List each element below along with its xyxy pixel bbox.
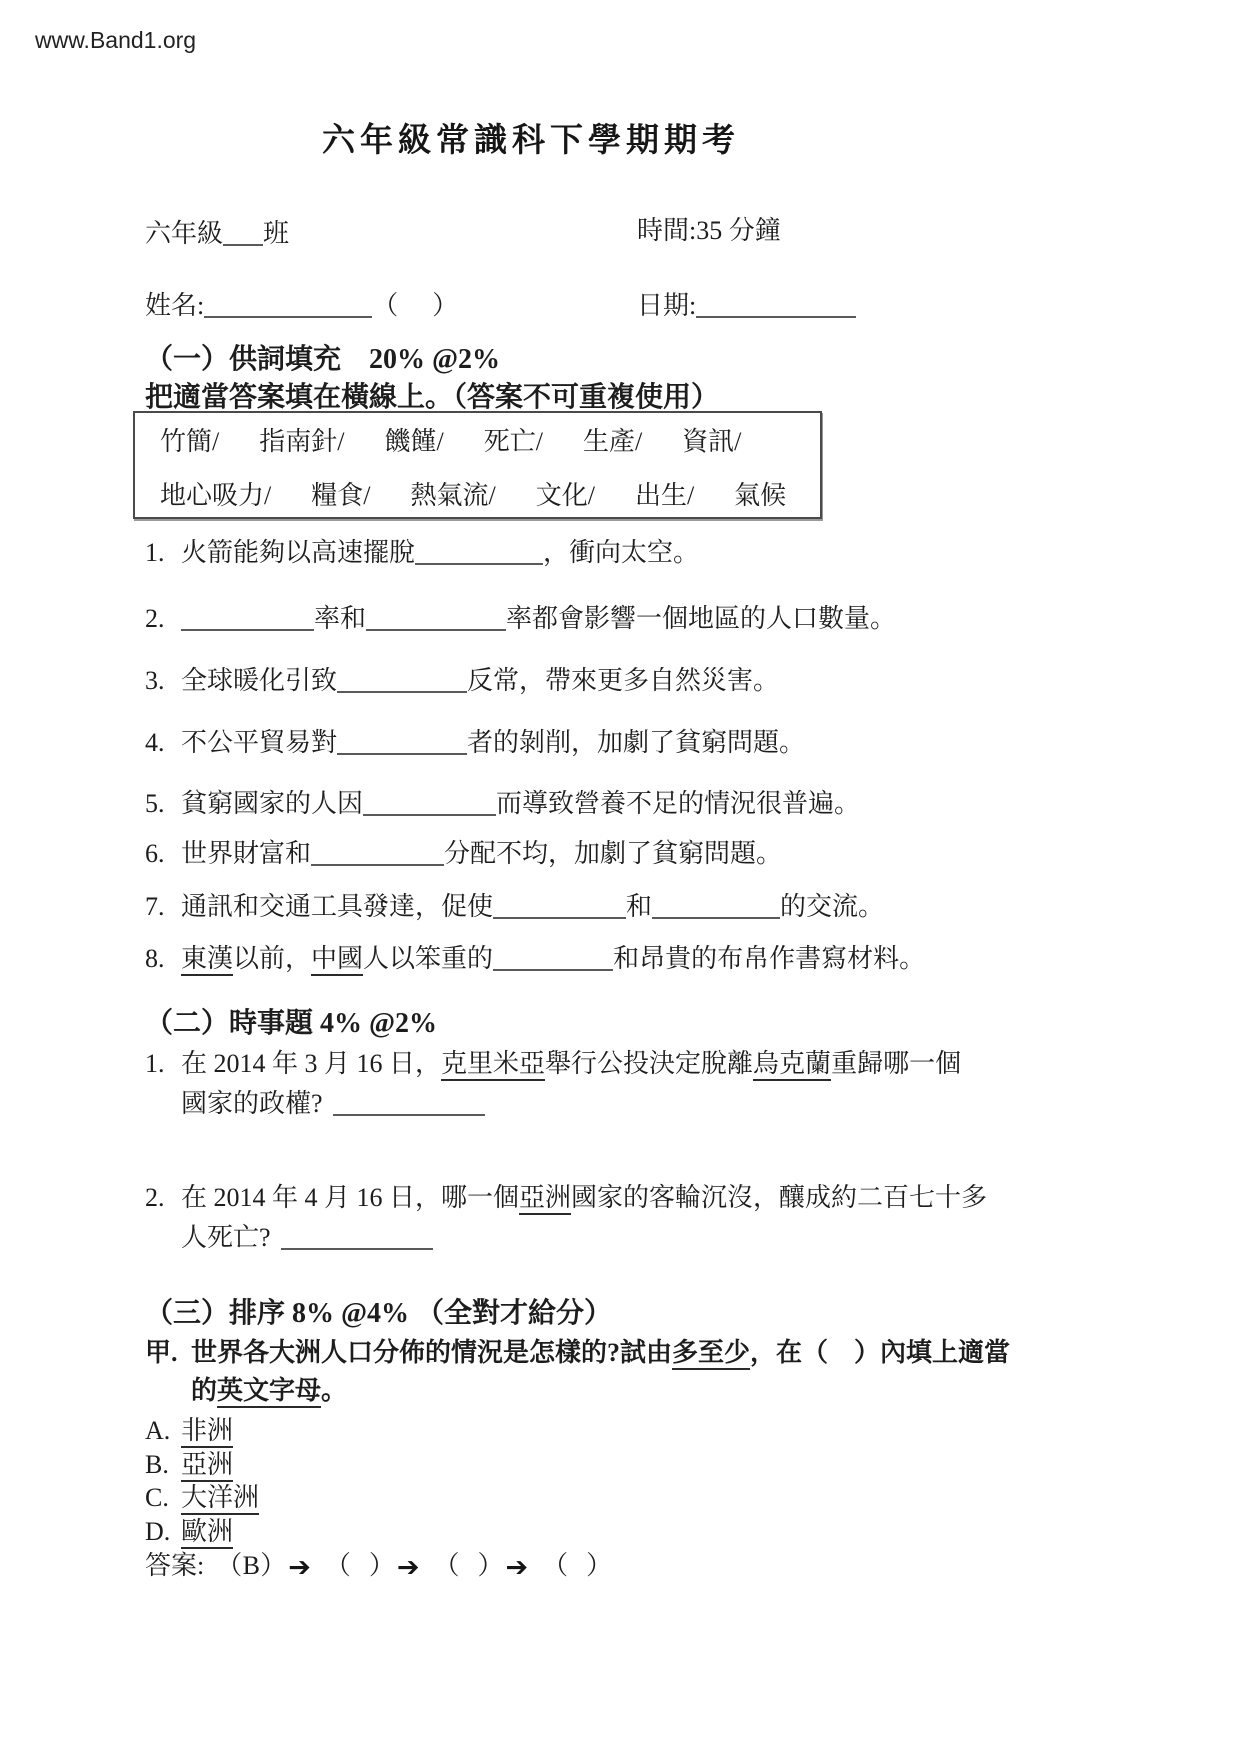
question-text: 貧窮國家的人因 — [181, 789, 363, 818]
option-text: 大洋洲 — [181, 1483, 259, 1515]
option-label: A. — [145, 1414, 181, 1448]
question-text: 重歸哪一個 — [831, 1049, 961, 1078]
s2-question-2-line2: 人死亡? — [181, 1218, 433, 1255]
s1-question-7: 7.通訊和交通工具發達，促使和的交流。 — [145, 887, 884, 924]
answer-slot-1: （B） — [216, 1549, 274, 1583]
question-text: 以前， — [233, 944, 311, 973]
option-label: C. — [145, 1481, 181, 1515]
question-number: 7. — [145, 890, 181, 924]
s1-question-2: 2.率和率都會影響一個地區的人口數量。 — [145, 599, 896, 636]
s1-question-5: 5.貧窮國家的人因而導致營養不足的情況很普遍。 — [145, 784, 860, 821]
paren-open: （ — [216, 1549, 242, 1583]
word-bank-item: 指南針/ — [259, 425, 344, 459]
name-paren-close: ） — [432, 291, 458, 320]
question-text: 世界各大洲人口分佈的情況是怎樣的?試由 — [191, 1338, 672, 1367]
answer-slot-4: （） — [542, 1549, 600, 1583]
date-blank — [696, 290, 856, 318]
underlined-term: 多至少 — [672, 1338, 750, 1370]
answer-blank — [652, 891, 780, 919]
question-text: 人死亡? — [181, 1223, 271, 1252]
question-number: 3. — [145, 664, 181, 698]
class-blank — [223, 218, 263, 246]
option-text: 亞洲 — [181, 1450, 233, 1482]
right-arrow-icon: ➔ — [505, 1551, 528, 1585]
word-bank-item: 氣候 — [734, 479, 786, 513]
name-blank — [204, 290, 372, 318]
word-bank-item: 出生/ — [635, 479, 694, 513]
right-arrow-icon: ➔ — [397, 1551, 420, 1585]
underlined-term: 東漢 — [181, 944, 233, 976]
question-text: 者的剝削，加劇了貧窮問題。 — [467, 728, 805, 757]
answer-blank — [493, 943, 613, 971]
answer-blank — [281, 1222, 433, 1250]
option-text: 非洲 — [181, 1416, 233, 1448]
question-number: 4. — [145, 726, 181, 760]
answer-slot-value: B — [242, 1549, 260, 1583]
s1-question-3: 3.全球暖化引致反常，帶來更多自然災害。 — [145, 661, 779, 698]
s1-question-6: 6.世界財富和分配不均，加劇了貧窮問題。 — [145, 834, 782, 871]
paren-close: ） — [586, 1549, 612, 1583]
underlined-term: 烏克蘭 — [753, 1049, 831, 1081]
question-text: 舉行公投決定脫離 — [545, 1049, 753, 1078]
paren-open: （ — [542, 1549, 568, 1583]
word-bank-item: 死亡/ — [484, 425, 543, 459]
name-label: 姓名: — [145, 291, 204, 320]
question-text: 率和 — [314, 604, 366, 633]
s1-question-8: 8.東漢以前，中國人以笨重的和昂貴的布帛作書寫材料。 — [145, 939, 925, 976]
question-text: 和昂貴的布帛作書寫材料。 — [613, 944, 925, 973]
question-text: 的交流。 — [780, 892, 884, 921]
s1-question-1: 1.火箭能夠以高速擺脫，衝向太空。 — [145, 533, 699, 570]
s3-question-a-line1: 甲.世界各大洲人口分佈的情況是怎樣的?試由多至少，在（ ）內填上適當 — [145, 1336, 1010, 1370]
answer-blank — [493, 891, 626, 919]
word-bank-item: 地心吸力/ — [160, 479, 271, 513]
option-label: D. — [145, 1515, 181, 1549]
question-text: ，在（ ）內填上適當 — [750, 1338, 1010, 1367]
time-label: 時間:35 分鐘 — [637, 216, 781, 245]
word-bank-item: 文化/ — [536, 479, 595, 513]
class-suffix: 班 — [263, 219, 289, 248]
word-bank-item: 資訊/ — [682, 425, 741, 459]
underlined-term: 亞洲 — [519, 1183, 571, 1215]
s1-question-4: 4.不公平貿易對者的剝削，加劇了貧窮問題。 — [145, 723, 805, 760]
right-arrow-icon: ➔ — [288, 1551, 311, 1585]
question-text: 世界財富和 — [181, 839, 311, 868]
date-line: 日期: — [637, 286, 856, 323]
section2-heading: （二）時事題 4% @2% — [145, 1007, 437, 1041]
question-text: 而導致營養不足的情況很普遍。 — [496, 789, 860, 818]
question-text: 分配不均，加劇了貧窮問題。 — [444, 839, 782, 868]
paren-close: ） — [260, 1549, 286, 1583]
s2-question-1-line2: 國家的政權? — [181, 1084, 485, 1121]
question-number: 2. — [145, 602, 181, 636]
paren-close: ） — [478, 1549, 504, 1583]
question-text: 在 2014 年 3 月 16 日， — [181, 1049, 441, 1078]
answer-blank — [337, 665, 467, 693]
underlined-term: 英文字母 — [217, 1376, 321, 1408]
question-text: 通訊和交通工具發達，促使 — [181, 892, 493, 921]
section3-heading: （三）排序 8% @4% （全對才給分） — [145, 1297, 612, 1331]
question-text: 國家的客輪沉沒，釀成約二百七十多 — [571, 1183, 987, 1212]
s2-question-2-line1: 2.在 2014 年 4 月 16 日，哪一個亞洲國家的客輪沉沒，釀成約二百七十… — [145, 1181, 987, 1215]
answer-slot-2: （） — [325, 1549, 383, 1583]
answer-slot-3: （） — [433, 1549, 491, 1583]
question-text: 國家的政權? — [181, 1089, 323, 1118]
s3-question-a-line2: 的英文字母。 — [191, 1374, 347, 1408]
underlined-term: 克里米亞 — [441, 1049, 545, 1081]
option-b: B.亞洲 — [145, 1448, 233, 1482]
option-a: A.非洲 — [145, 1414, 233, 1448]
question-text: 反常，帶來更多自然災害。 — [467, 666, 779, 695]
question-text: 的 — [191, 1376, 217, 1405]
option-label: B. — [145, 1448, 181, 1482]
question-number: 5. — [145, 787, 181, 821]
paren-open: （ — [433, 1549, 459, 1583]
question-text: 火箭能夠以高速擺脫 — [181, 538, 415, 567]
answer-sequence-row: 答案:（B）➔（）➔（）➔（） — [145, 1549, 602, 1585]
site-watermark: www.Band1.org — [35, 27, 196, 54]
question-number: 1. — [145, 1047, 181, 1081]
answer-blank — [415, 537, 543, 565]
answer-blank — [311, 838, 444, 866]
question-text: 不公平貿易對 — [181, 728, 337, 757]
word-bank-item: 竹簡/ — [160, 425, 219, 459]
class-line: 六年級班 — [145, 214, 289, 251]
answer-blank — [366, 603, 506, 631]
answer-blank — [363, 788, 496, 816]
name-paren-open: （ — [372, 291, 398, 320]
question-number: 6. — [145, 837, 181, 871]
question-text: 人以笨重的 — [363, 944, 493, 973]
word-bank-box: 竹簡/ 指南針/ 饑饉/ 死亡/ 生產/ 資訊/ 地心吸力/ 糧食/ 熱氣流/ … — [133, 411, 822, 519]
answer-blank — [181, 603, 314, 631]
name-line: 姓名:（） — [145, 286, 458, 323]
word-bank-row1: 竹簡/ 指南針/ 饑饉/ 死亡/ 生產/ 資訊/ — [160, 425, 808, 459]
word-bank-item: 糧食/ — [311, 479, 370, 513]
question-text: 和 — [626, 892, 652, 921]
paren-open: （ — [325, 1549, 351, 1583]
date-label: 日期: — [637, 291, 696, 320]
question-text: 。 — [321, 1376, 347, 1405]
question-number: 8. — [145, 942, 181, 976]
word-bank-item: 饑饉/ — [384, 425, 443, 459]
question-text: 全球暖化引致 — [181, 666, 337, 695]
section1-heading: （一）供詞填充 20% @2% — [145, 343, 500, 377]
word-bank-item: 生產/ — [583, 425, 642, 459]
question-text: 率都會影響一個地區的人口數量。 — [506, 604, 896, 633]
underlined-term: 中國 — [311, 944, 363, 976]
option-c: C.大洋洲 — [145, 1481, 259, 1515]
question-number: 2. — [145, 1181, 181, 1215]
exam-paper-page: www.Band1.org 六年級常識科下學期期考 六年級班 時間:35 分鐘 … — [0, 0, 1240, 1754]
time-line: 時間:35 分鐘 — [637, 214, 781, 248]
option-d: D.歐洲 — [145, 1515, 233, 1549]
section1-instruction: 把適當答案填在橫線上。（答案不可重複使用） — [145, 381, 719, 415]
page-title: 六年級常識科下學期期考 — [322, 114, 740, 161]
s2-question-1-line1: 1.在 2014 年 3 月 16 日，克里米亞舉行公投決定脫離烏克蘭重歸哪一個 — [145, 1047, 961, 1081]
paren-close: ） — [369, 1549, 395, 1583]
word-bank-row2: 地心吸力/ 糧食/ 熱氣流/ 文化/ 出生/ 氣候 — [160, 479, 808, 513]
answer-blank — [333, 1088, 485, 1116]
option-text: 歐洲 — [181, 1517, 233, 1549]
question-text: 在 2014 年 4 月 16 日，哪一個 — [181, 1183, 519, 1212]
answer-label: 答案: — [145, 1551, 204, 1580]
question-text: ，衝向太空。 — [543, 538, 699, 567]
class-prefix: 六年級 — [145, 219, 223, 248]
answer-blank — [337, 727, 467, 755]
word-bank-item: 熱氣流/ — [410, 479, 495, 513]
question-number: 甲. — [145, 1336, 191, 1370]
question-number: 1. — [145, 536, 181, 570]
